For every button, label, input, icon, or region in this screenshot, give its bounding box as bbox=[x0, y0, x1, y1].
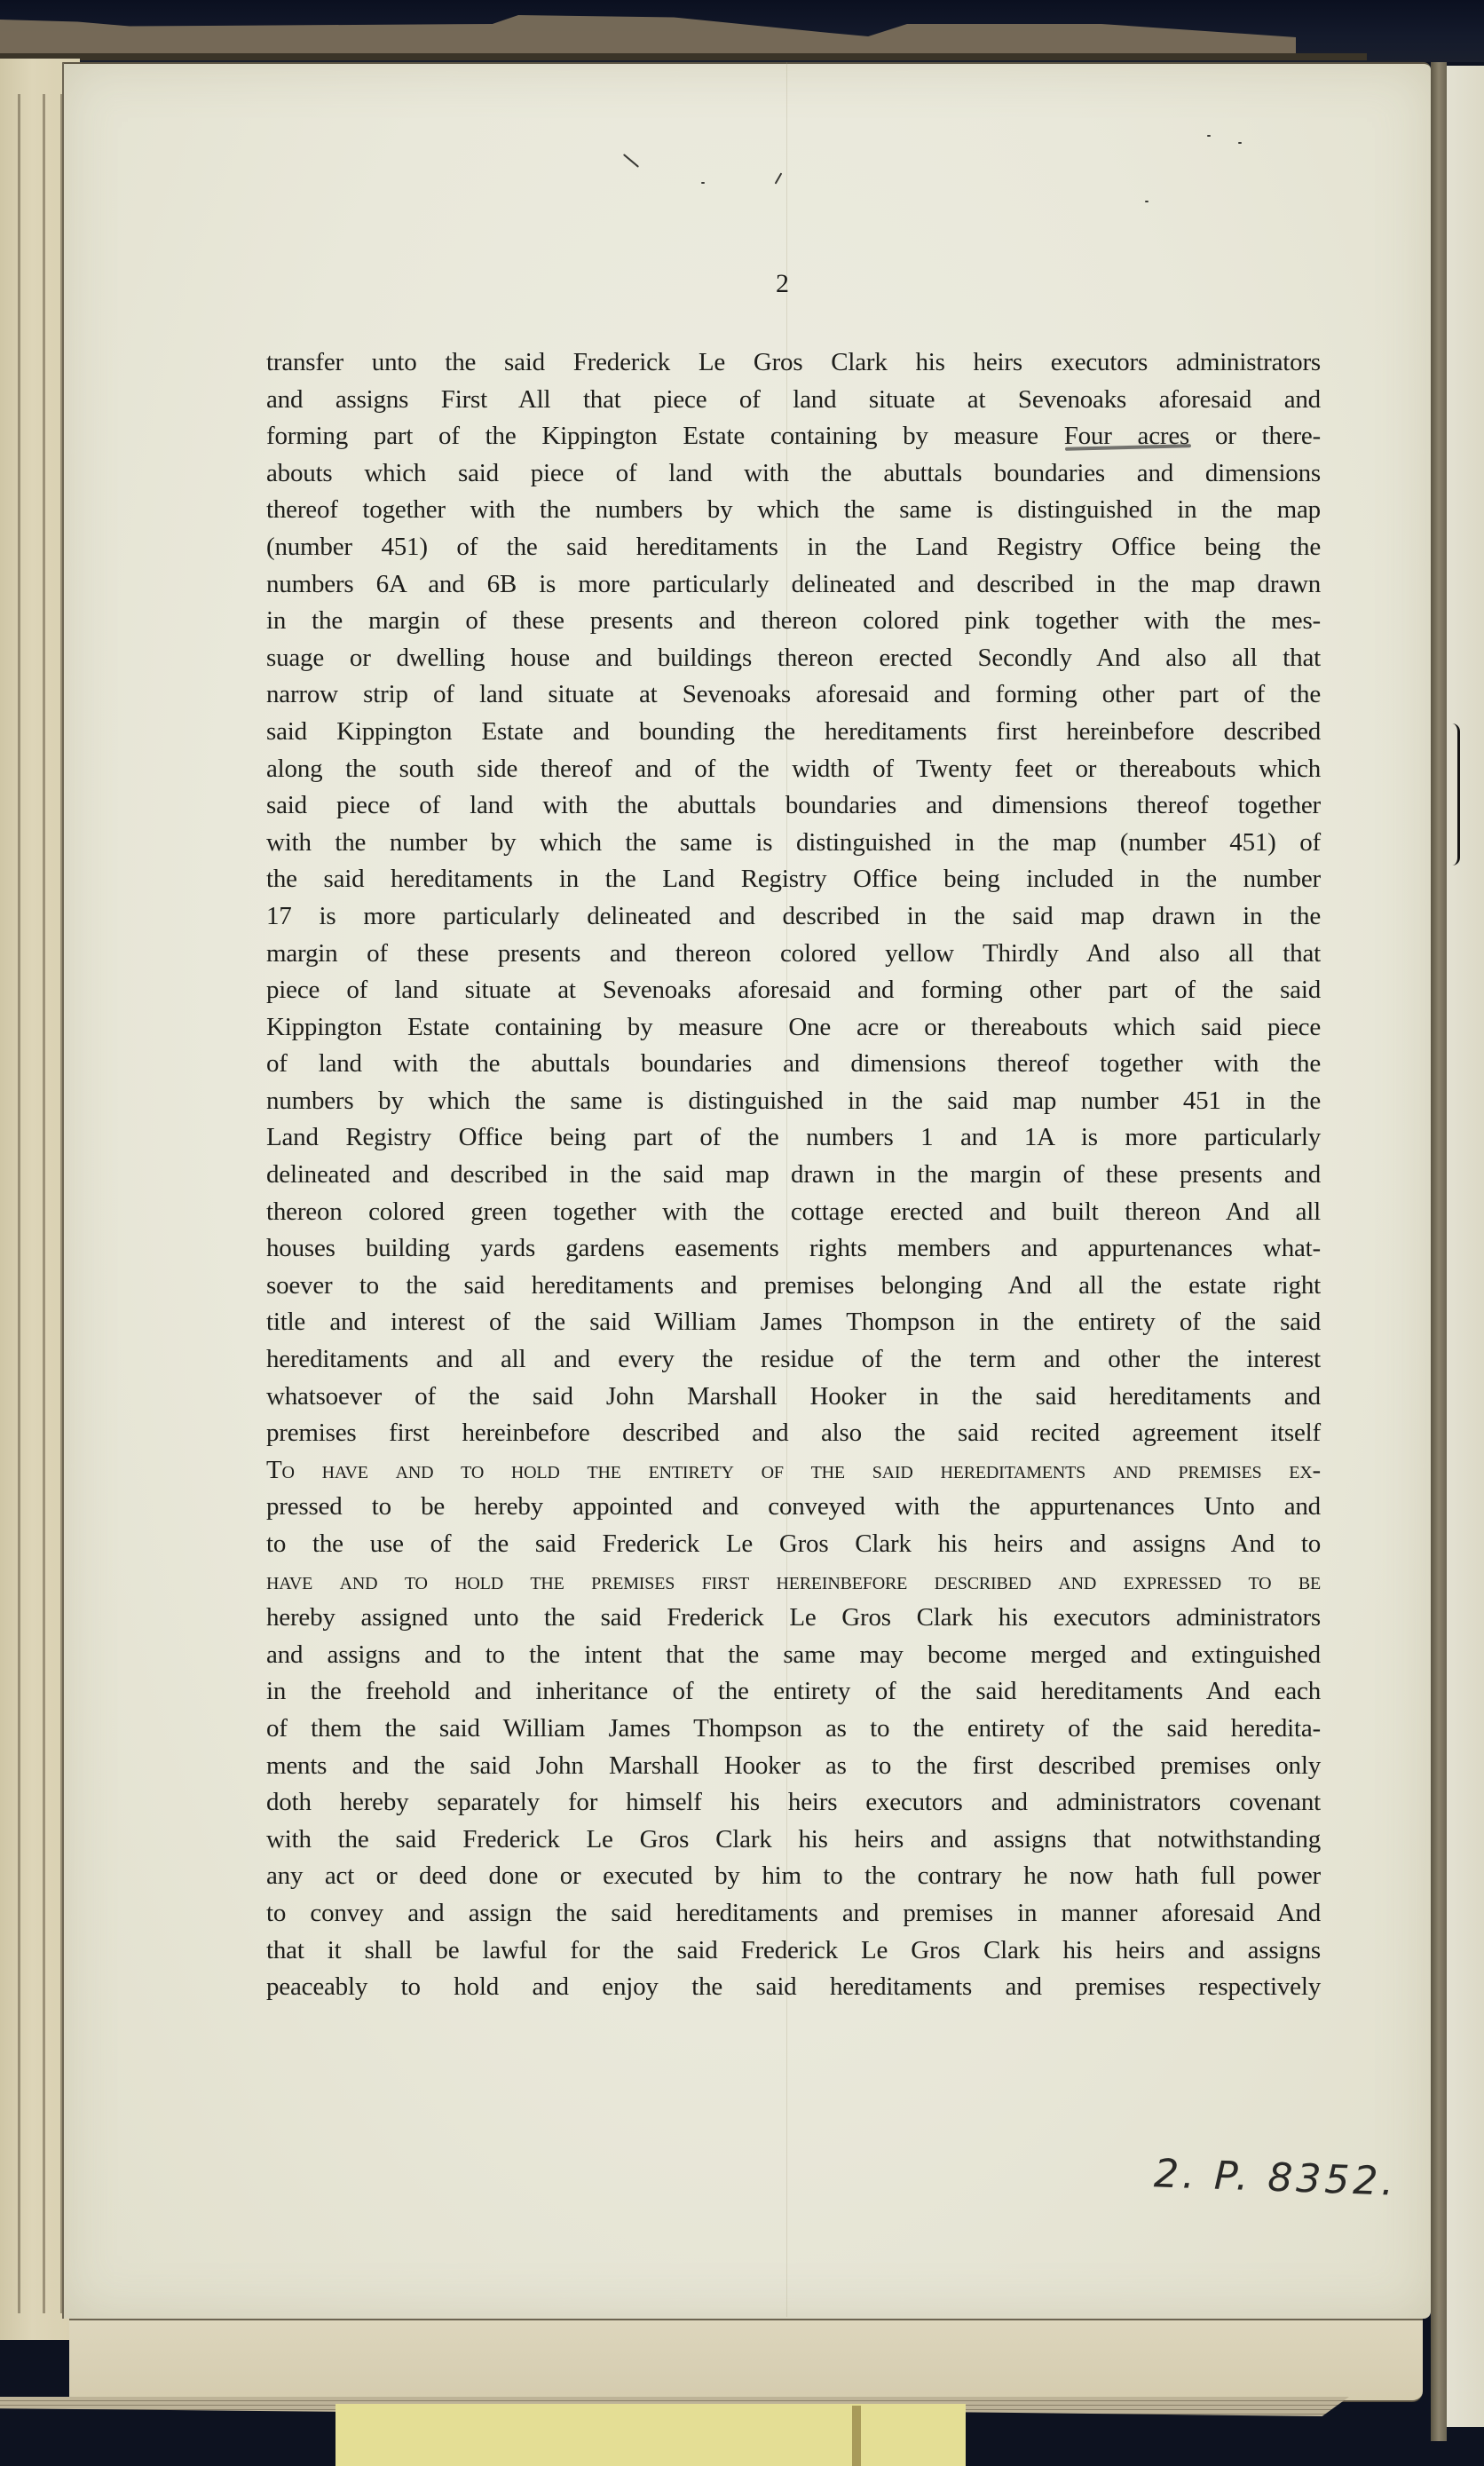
text-line: hereby assigned unto the said Frederick … bbox=[266, 1600, 1321, 1637]
yellow-bookmark-tab bbox=[335, 2404, 966, 2466]
text-line: numbers by which the same is distinguish… bbox=[266, 1083, 1321, 1120]
text-line: of them the said William James Thompson … bbox=[266, 1711, 1321, 1748]
text-line: premises first hereinbefore described an… bbox=[266, 1415, 1321, 1452]
text-line: with the number by which the same is dis… bbox=[266, 825, 1321, 862]
page-number: 2 bbox=[776, 269, 789, 299]
ink-speck bbox=[1207, 135, 1211, 137]
text-line: whatsoever of the said John Marshall Hoo… bbox=[266, 1379, 1321, 1416]
text-line: thereon colored green together with the … bbox=[266, 1194, 1321, 1231]
text-line: in the margin of these presents and ther… bbox=[266, 603, 1321, 640]
text-line-habendum: have and to hold the premises first here… bbox=[266, 1563, 1321, 1601]
text-line: abouts which said piece of land with the… bbox=[266, 455, 1321, 493]
right-gutter-shadow bbox=[1431, 62, 1447, 2441]
text-line: and assigns First All that piece of land… bbox=[266, 382, 1321, 419]
text-line: in the freehold and inheritance of the e… bbox=[266, 1673, 1321, 1711]
text-line: doth hereby separately for himself his h… bbox=[266, 1784, 1321, 1822]
text-line: peaceably to hold and enjoy the said her… bbox=[266, 1969, 1321, 2006]
page-edge-line bbox=[43, 94, 45, 2313]
text-line: Kippington Estate containing by measure … bbox=[266, 1009, 1321, 1047]
page-edge-line bbox=[0, 53, 1367, 60]
text-line: hereditaments and all and every the resi… bbox=[266, 1341, 1321, 1379]
text-line: the said hereditaments in the Land Regis… bbox=[266, 861, 1321, 898]
ink-speck bbox=[701, 182, 705, 184]
text-line: Land Registry Office being part of the n… bbox=[266, 1119, 1321, 1157]
text-line: soever to the said hereditaments and pre… bbox=[266, 1268, 1321, 1305]
text-line: and assigns and to the intent that the s… bbox=[266, 1637, 1321, 1674]
text-line: margin of these presents and thereon col… bbox=[266, 936, 1321, 973]
deed-body-text: transfer unto the said Frederick Le Gros… bbox=[266, 344, 1321, 2006]
text-line: that it shall be lawful for the said Fre… bbox=[266, 1932, 1321, 1970]
text-line: said piece of land with the abuttals bou… bbox=[266, 787, 1321, 825]
text-line: said Kippington Estate and bounding the … bbox=[266, 714, 1321, 751]
text-line: forming part of the Kippington Estate co… bbox=[266, 418, 1321, 455]
text-line: of land with the abuttals boundaries and… bbox=[266, 1046, 1321, 1083]
text-line: to the use of the said Frederick Le Gros… bbox=[266, 1526, 1321, 1563]
facing-page-edge bbox=[1447, 66, 1484, 2427]
handwritten-reference-note: 2. P. 8352. bbox=[1153, 2151, 1398, 2205]
text-line: along the south side thereof and of the … bbox=[266, 751, 1321, 788]
text-line: piece of land situate at Sevenoaks afore… bbox=[266, 972, 1321, 1009]
text-line: (number 451) of the said hereditaments i… bbox=[266, 529, 1321, 566]
text-line: to convey and assign the said hereditame… bbox=[266, 1895, 1321, 1932]
text-line-habendum: To have and to hold the entirety of the … bbox=[266, 1452, 1321, 1490]
tab-strap bbox=[852, 2406, 861, 2466]
text-line: narrow strip of land situate at Sevenoak… bbox=[266, 676, 1321, 714]
text-line: 17 is more particularly delineated and d… bbox=[266, 898, 1321, 936]
text-line: ments and the said John Marshall Hooker … bbox=[266, 1748, 1321, 1785]
ink-speck bbox=[1145, 201, 1149, 202]
text-line: suage or dwelling house and buildings th… bbox=[266, 640, 1321, 677]
text-line: numbers 6A and 6B is more particularly d… bbox=[266, 566, 1321, 604]
text-line: transfer unto the said Frederick Le Gros… bbox=[266, 344, 1321, 382]
text-line: any act or deed done or executed by him … bbox=[266, 1858, 1321, 1895]
text-line: delineated and described in the said map… bbox=[266, 1157, 1321, 1194]
text-line: pressed to be hereby appointed and conve… bbox=[266, 1489, 1321, 1526]
text-line: thereof together with the numbers by whi… bbox=[266, 492, 1321, 529]
pen-mark bbox=[1452, 723, 1460, 865]
page-bottom-fold bbox=[69, 2319, 1423, 2402]
text-line: with the said Frederick Le Gros Clark hi… bbox=[266, 1822, 1321, 1859]
ink-speck bbox=[1238, 142, 1242, 144]
text-line: houses building yards gardens easements … bbox=[266, 1230, 1321, 1268]
text-line: title and interest of the said William J… bbox=[266, 1304, 1321, 1341]
page-edge-line bbox=[18, 94, 20, 2313]
